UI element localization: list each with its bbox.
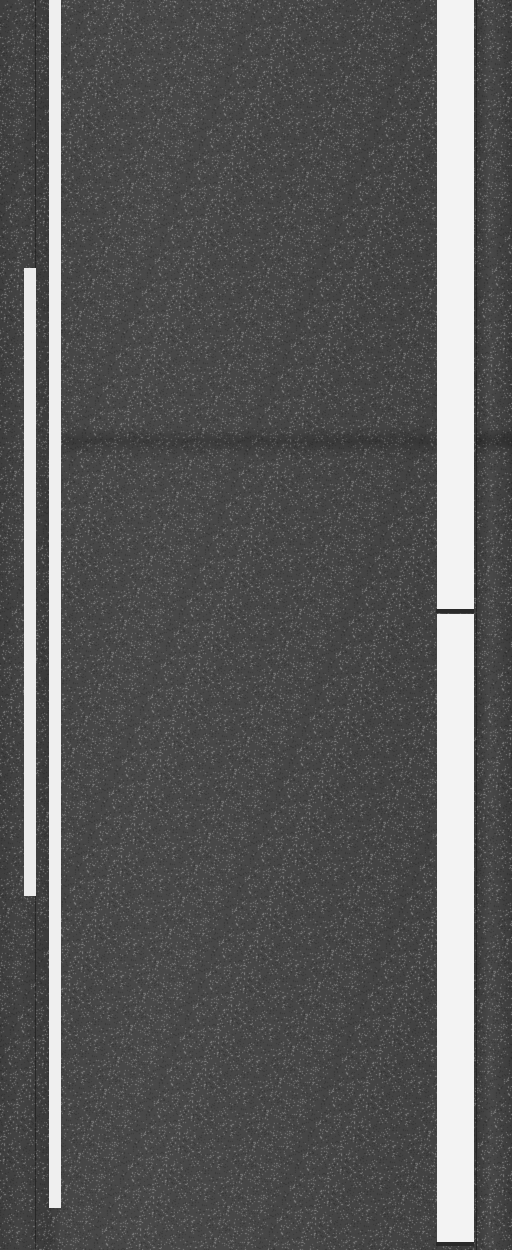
right-line-seam bbox=[436, 609, 474, 613]
asphalt-texture bbox=[0, 0, 512, 1250]
road-surface bbox=[0, 0, 512, 1250]
right-solid-line-lower bbox=[437, 614, 474, 1244]
shoulder-seam-shadow bbox=[476, 428, 512, 454]
left-solid-line bbox=[49, 0, 61, 1208]
right-solid-line-upper bbox=[437, 0, 474, 610]
right-line-end-seam bbox=[436, 1242, 474, 1246]
pavement-seam-shadow bbox=[62, 428, 436, 458]
left-dashed-line bbox=[24, 268, 36, 896]
right-shoulder-edge bbox=[476, 0, 477, 1250]
